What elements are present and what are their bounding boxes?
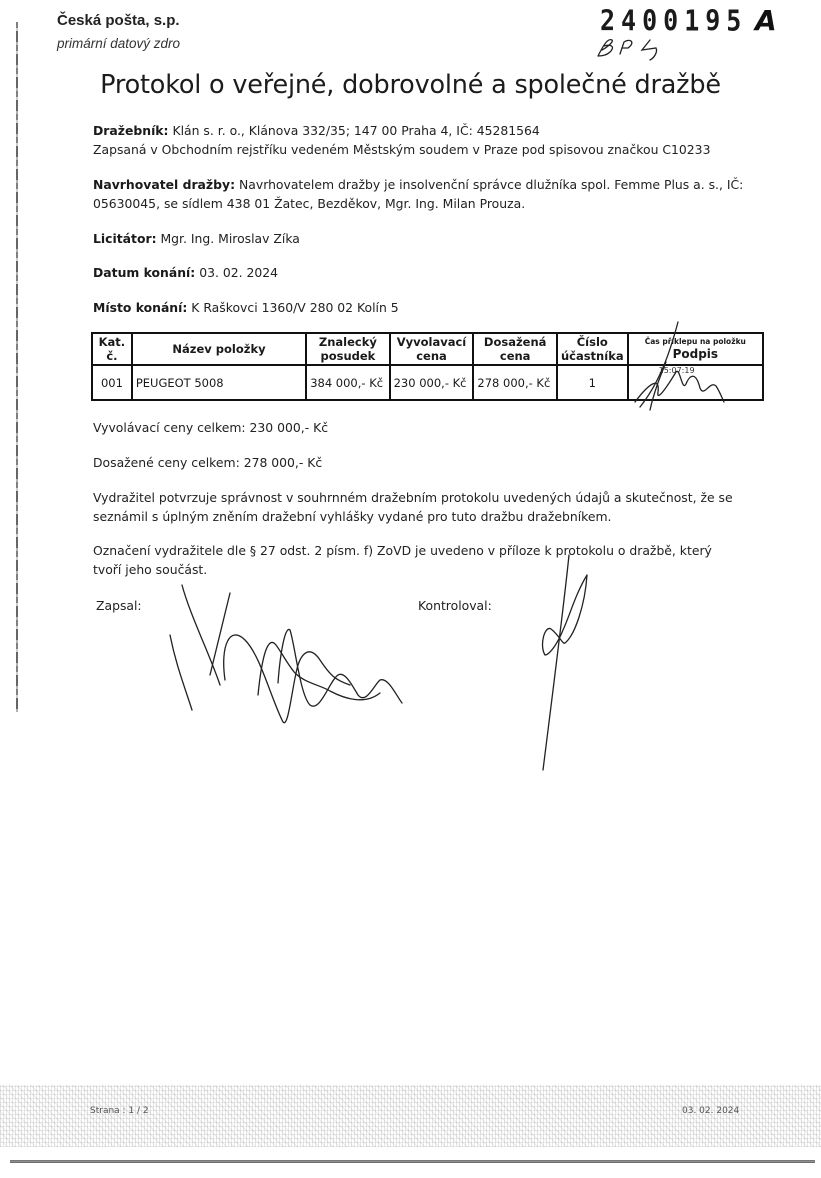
reference-number-stamp: 2400195 — [600, 4, 747, 37]
header-kat: Kat. č. — [92, 333, 132, 365]
header-participant: Číslo účastníka — [557, 333, 628, 365]
footer-scan-noise — [0, 1085, 821, 1147]
document-title: Protokol o veřejné, dobrovolné a společn… — [0, 70, 821, 100]
handwritten-initials — [594, 34, 674, 62]
header-starting-line1: Vyvolavací — [397, 335, 467, 349]
proposer-label: Navrhovatel dražby: — [93, 177, 235, 192]
place-label: Místo konání: — [93, 300, 187, 315]
scan-margin-line — [16, 22, 18, 712]
auctioneer-label: Dražebník: — [93, 123, 169, 138]
header-starting-price: Vyvolavací cena — [390, 333, 474, 365]
cell-achieved-price: 278 000,- Kč — [473, 365, 557, 400]
header-participant-line2: účastníka — [561, 349, 624, 363]
cell-appraisal: 384 000,- Kč — [306, 365, 389, 400]
header-achieved-price: Dosažená cena — [473, 333, 557, 365]
total-achieved-prices: Dosažené ceny celkem: 278 000,- Kč — [93, 453, 753, 472]
cell-name: PEUGEOT 5008 — [132, 365, 306, 400]
licitator-label: Licitátor: — [93, 231, 157, 246]
cell-kat: 001 — [92, 365, 132, 400]
auctioneer-value: Klán s. r. o., Klánova 332/35; 147 00 Pr… — [172, 123, 539, 138]
recorded-by-signature — [170, 585, 410, 745]
date-value: 03. 02. 2024 — [199, 265, 278, 280]
total-starting-prices: Vyvolávací ceny celkem: 230 000,- Kč — [93, 418, 753, 437]
date-label: Datum konání: — [93, 265, 195, 280]
designation-statement: Označení vydražitele dle § 27 odst. 2 pí… — [93, 541, 733, 579]
footer-date: 03. 02. 2024 — [682, 1106, 739, 1116]
header-starting-line2: cena — [416, 349, 447, 363]
header-name: Název položky — [132, 333, 306, 365]
page-indicator: Strana : 1 / 2 — [90, 1106, 149, 1116]
footer-rule — [10, 1160, 815, 1163]
participant-signature — [630, 322, 750, 412]
header-achieved-line2: cena — [500, 349, 531, 363]
checked-by-label: Kontroloval: — [418, 596, 821, 615]
auctioneer-section: Dražebník: Klán s. r. o., Klánova 332/35… — [93, 121, 753, 159]
header-achieved-line1: Dosažená — [484, 335, 547, 349]
header-participant-line1: Číslo — [577, 335, 608, 349]
cell-starting-price: 230 000,- Kč — [390, 365, 474, 400]
place-section: Místo konání: K Raškovci 1360/V 280 02 K… — [93, 298, 753, 317]
place-value: K Raškovci 1360/V 280 02 Kolín 5 — [191, 300, 398, 315]
header-appraisal-line1: Znalecký — [319, 335, 377, 349]
organization-name: Česká pošta, s.p. — [57, 12, 180, 29]
auctioneer-registration: Zapsaná v Obchodním rejstříku vedeném Mě… — [93, 142, 710, 157]
header-appraisal: Znalecký posudek — [306, 333, 389, 365]
organization-subtitle: primární datový zdro — [57, 36, 180, 51]
licitator-value: Mgr. Ing. Miroslav Zíka — [160, 231, 299, 246]
header-appraisal-line2: posudek — [320, 349, 375, 363]
cell-participant: 1 — [557, 365, 628, 400]
reference-letter: A — [755, 4, 777, 37]
licitator-section: Licitátor: Mgr. Ing. Miroslav Zíka — [93, 229, 753, 248]
confirmation-statement: Vydražitel potvrzuje správnost v souhrnn… — [93, 488, 743, 526]
checked-by-signature — [535, 555, 595, 770]
proposer-section: Navrhovatel dražby: Navrhovatelem dražby… — [93, 175, 753, 213]
date-section: Datum konání: 03. 02. 2024 — [93, 263, 753, 282]
